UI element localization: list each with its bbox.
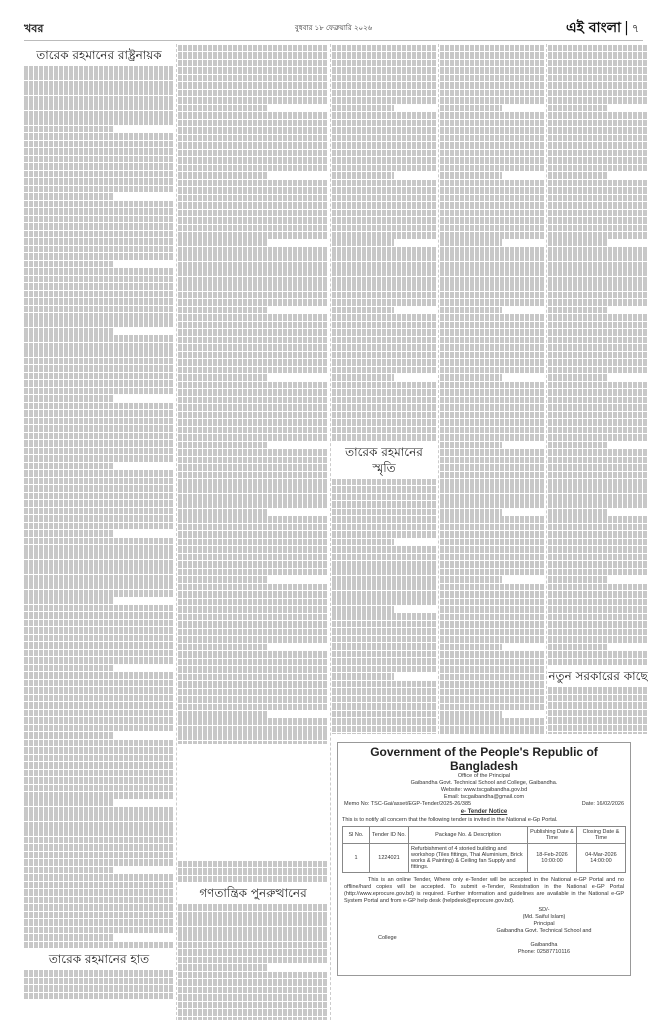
body-text-line [332,322,436,329]
body-text-line [178,67,328,74]
body-text-line [332,225,436,232]
body-text-line [178,314,328,321]
body-text-line [332,583,436,590]
body-text-line [440,449,544,456]
body-text-line [24,291,174,298]
body-text-line [440,726,544,733]
body-text-line [24,575,174,582]
column-divider [176,44,177,1020]
body-text-line [178,561,328,568]
body-text-line [332,195,436,202]
body-text-line [548,120,648,127]
cell-description: Refurbishment of 4 storied building and … [409,844,528,873]
body-text-line [178,614,328,621]
body-text-line [332,180,436,187]
body-text-line [178,972,328,979]
body-text-line [332,82,436,89]
body-text-line [178,554,328,561]
body-text-line [24,680,174,687]
body-text-line [440,442,502,449]
body-text-line [548,299,648,306]
body-text-line [178,112,328,119]
body-text-line [548,352,648,359]
body-text-line [440,621,544,628]
body-text-line [440,644,502,651]
body-text-line [440,195,544,202]
body-text-line [24,993,174,1000]
body-text-line [178,861,328,868]
body-text-line [332,628,436,635]
body-text-line [548,651,648,658]
body-text-line [24,590,174,597]
body-text-line [178,142,328,149]
body-text-line [440,75,544,82]
body-text-line [548,531,648,538]
body-text-line [440,659,544,666]
body-text-line [24,463,114,470]
body-text-line [178,225,328,232]
body-text-line [332,658,436,665]
table-row: 1 1224021 Refurbishment of 4 storied bui… [343,844,626,873]
body-text-line [440,157,544,164]
body-text-line [440,509,502,516]
body-text-line [548,591,648,598]
body-text-line [24,777,174,784]
body-text-line [548,687,648,694]
body-text-line [332,718,436,725]
body-text-line [440,674,544,681]
body-text-line [24,934,114,941]
body-text-line [548,180,648,187]
body-text-line [24,770,174,777]
body-text-line [332,239,394,246]
body-text-line [548,464,648,471]
body-text-line [548,239,608,246]
article-column-2 [178,44,328,744]
body-text-line [24,567,174,574]
body-text-line [24,904,174,911]
cell-publishing: 18-Feb-2026 10:00:00 [528,844,577,873]
body-text-line [178,322,328,329]
body-text-line [332,344,436,351]
body-text-line [24,665,114,672]
body-text-line [440,344,544,351]
body-text-line [332,651,436,658]
tender-website: Website: www.tscgaibandha.gov.bd [338,787,630,794]
body-text-line [24,732,114,739]
body-text-line [548,150,648,157]
body-text-line [178,509,268,516]
body-text-line [332,546,436,553]
body-text-line [178,576,268,583]
body-text-line [178,120,328,127]
body-text-line [178,172,268,179]
body-text-line [178,651,328,658]
body-text-line [440,120,544,127]
body-text-line [178,359,328,366]
body-text-line [440,389,544,396]
body-text-line [548,486,648,493]
body-text-line [24,837,174,844]
body-text-line [440,651,544,658]
body-text-line [178,569,328,576]
body-text-line [548,644,608,651]
body-text-line [440,516,544,523]
body-text-line [24,605,174,612]
body-text-line [332,150,436,157]
body-text-line [332,359,436,366]
body-text-line [24,171,174,178]
body-text-line [178,157,328,164]
body-text-line [24,985,174,992]
body-text-line [332,165,436,172]
body-text-line [332,404,436,411]
newspaper-logo: এই বাংলা|৭ [566,16,639,40]
logo-text: এই বাংলা [566,20,621,36]
body-text-line [24,141,174,148]
body-text-line [548,434,648,441]
body-text-line [440,599,544,606]
body-text-line [24,380,174,387]
body-text-line [24,740,174,747]
body-text-line [440,524,544,531]
body-text-line [24,81,174,88]
body-text-line [24,500,174,507]
body-text-line [178,486,328,493]
body-text-line [548,636,648,643]
body-text-line [178,217,328,224]
body-text-line [548,457,648,464]
body-text-line [178,927,328,934]
body-text-line [332,576,436,583]
body-text-line [548,314,648,321]
article-column-3: তারেক রহমানের স্মৃতি [332,44,436,734]
body-text-line [332,561,436,568]
body-text-line [178,464,328,471]
body-text-line [548,561,648,568]
signature-org: Gaibandha Govt. Technical School and [338,928,630,935]
body-text-line [24,755,174,762]
body-text-line [440,239,502,246]
body-text-line [440,501,544,508]
body-text-line [440,269,544,276]
body-text-line [24,942,174,949]
body-text-line [178,187,328,194]
body-text-line [178,75,328,82]
body-text-line [24,912,174,919]
body-text-line [178,934,328,941]
body-text-line [178,644,268,651]
body-text-line [548,629,648,636]
body-text-line [548,135,648,142]
body-text-line [440,636,544,643]
body-text-line [548,359,648,366]
body-text-line [548,337,648,344]
body-text-line [24,350,174,357]
body-text-line [24,433,174,440]
body-text-line [24,807,174,814]
body-text-line [548,427,648,434]
body-text-line [548,449,648,456]
body-text-line [548,614,648,621]
body-text-line [332,277,436,284]
body-text-line [332,524,436,531]
body-text-line [24,538,174,545]
article-headline: তারেক রহমানের স্মৃতি [332,444,436,476]
body-text-line [440,494,544,501]
body-text-line [24,156,174,163]
body-text-line [548,397,648,404]
body-text-line [548,569,648,576]
body-text-line [178,919,328,926]
signature-org-2: College [338,935,630,942]
body-text-line [332,187,436,194]
body-text-line [24,545,174,552]
body-text-line [178,599,328,606]
body-text-line [440,165,544,172]
body-text-line [440,629,544,636]
body-text-line [178,397,328,404]
body-text-line [178,531,328,538]
body-text-line [24,208,174,215]
body-text-line [548,576,608,583]
body-text-line [24,725,174,732]
body-text-line [24,882,174,889]
body-text-line [332,516,436,523]
body-text-line [178,876,328,883]
body-text-line [548,52,648,59]
tender-email: Email: tscgaibandha@gmail.com [338,794,630,801]
body-text-line [440,472,544,479]
signature-phone: Phone: 02587710116 [338,949,630,956]
header-rule [24,40,643,41]
body-text-line [178,352,328,359]
body-text-line [178,202,328,209]
body-text-line [24,852,174,859]
body-text-line [440,67,544,74]
body-text-line [332,696,436,703]
body-text-line [332,292,436,299]
body-text-line [24,889,174,896]
body-text-line [24,785,174,792]
body-text-line [178,292,328,299]
body-text-line [332,75,436,82]
body-text-line [24,223,174,230]
body-text-line [548,419,648,426]
body-text-line [440,382,544,389]
body-text-line [440,314,544,321]
body-text-line [332,621,436,628]
body-text-line [332,172,394,179]
tender-table: Sl No. Tender ID No. Package No. & Descr… [342,826,626,873]
body-text-line [24,246,174,253]
body-text-line [178,621,328,628]
body-text-line [24,298,174,305]
body-text-line [440,254,544,261]
body-text-line [332,434,436,441]
body-text-line [440,374,502,381]
body-text-line [178,539,328,546]
body-text-line [440,531,544,538]
body-text-line [548,524,648,531]
body-text-line [178,942,328,949]
body-text-line [332,120,436,127]
body-text-line [548,584,648,591]
body-text-line [440,614,544,621]
body-text-line [332,352,436,359]
body-text-line [440,434,544,441]
body-text-line [548,546,648,553]
body-text-line [178,329,328,336]
body-text-line [178,689,328,696]
body-text-line [24,148,174,155]
body-text-line [24,358,174,365]
body-text-line [440,539,544,546]
body-text-line [548,367,648,374]
body-text-line [548,307,608,314]
col-header: Tender ID No. [370,827,409,844]
body-text-line [178,681,328,688]
body-text-line [24,523,174,530]
body-text-line [548,606,648,613]
body-text-line [440,479,544,486]
body-text-line [24,261,114,268]
body-text-line [178,284,328,291]
body-text-line [440,247,544,254]
body-text-line [178,868,328,875]
body-text-line [440,591,544,598]
body-text-line [332,247,436,254]
body-text-line [24,276,174,283]
col-header: Closing Date & Time [577,827,626,844]
body-text-line [440,733,544,734]
article-column-4 [440,44,544,734]
body-text-line [24,515,174,522]
body-text-line [548,599,648,606]
body-text-line [440,60,544,67]
body-text-line [332,479,436,486]
body-text-line [440,569,544,576]
body-text-line [332,367,436,374]
body-text-line [440,546,544,553]
body-text-line [24,306,174,313]
body-text-line [332,598,436,605]
cell-closing: 04-Mar-2026 14:00:00 [577,844,626,873]
body-text-line [24,126,114,133]
body-text-line [440,187,544,194]
body-text-line [332,726,436,733]
body-text-line [332,419,436,426]
body-text-line [178,367,328,374]
body-text-line [548,284,648,291]
tender-office: Office of the Principal [338,773,630,780]
body-text-line [548,710,648,717]
column-divider [438,44,439,734]
article-column-5: নতুন সরকারের কাছে [548,44,648,734]
body-text-line [178,82,328,89]
body-text-line [332,501,436,508]
body-text-line [548,67,648,74]
body-text-line [548,554,648,561]
body-text-line [24,365,174,372]
body-text-line [178,60,328,67]
body-text-line [24,597,114,604]
body-text-line [332,539,394,546]
body-text-line [332,613,436,620]
body-text-line [178,52,328,59]
body-text-line [440,127,544,134]
body-text-line [548,247,648,254]
body-text-line [24,762,174,769]
body-text-line [178,389,328,396]
body-text-line [440,82,544,89]
body-text-line [178,239,268,246]
body-text-line [440,704,544,711]
body-text-line [24,672,174,679]
body-text-line [440,284,544,291]
body-text-line [332,210,436,217]
body-text-line [24,702,174,709]
body-text-line [178,195,328,202]
body-text-line [440,90,544,97]
body-text-line [24,582,174,589]
body-text-line [440,337,544,344]
body-text-line [178,704,328,711]
body-text-line [332,135,436,142]
body-text-line [548,75,648,82]
body-text-line [332,412,436,419]
body-text-line [548,389,648,396]
body-text-line [440,486,544,493]
body-text-line [548,172,608,179]
body-text-line [178,412,328,419]
body-text-line [440,696,544,703]
body-text-line [440,352,544,359]
body-text-line [332,127,436,134]
body-text-line [178,629,328,636]
body-text-line [332,606,394,613]
body-text-line [178,674,328,681]
body-text-line [440,180,544,187]
body-text-line [440,105,502,112]
body-text-line [178,449,328,456]
body-text-line [24,627,174,634]
body-text-line [24,747,174,754]
body-text-line [440,150,544,157]
body-text-line [178,427,328,434]
body-text-line [24,335,174,342]
body-text-line [24,792,174,799]
body-text-line [24,425,174,432]
body-text-line [178,277,328,284]
body-text-line [548,494,648,501]
body-text-line [332,643,436,650]
article-headline: নতুন সরকারের কাছে [548,668,648,684]
body-text-line [24,395,114,402]
col-header: Publishing Date & Time [528,827,577,844]
body-text-line [24,328,114,335]
body-text-line [24,253,174,260]
body-text-line [332,382,436,389]
body-text-line [178,210,328,217]
body-text-line [24,118,174,125]
body-text-line [24,552,174,559]
body-text-line [548,90,648,97]
body-text-line [332,397,436,404]
cell-tender-id: 1224021 [370,844,409,873]
body-text-line [178,964,268,971]
body-text-line [24,103,174,110]
